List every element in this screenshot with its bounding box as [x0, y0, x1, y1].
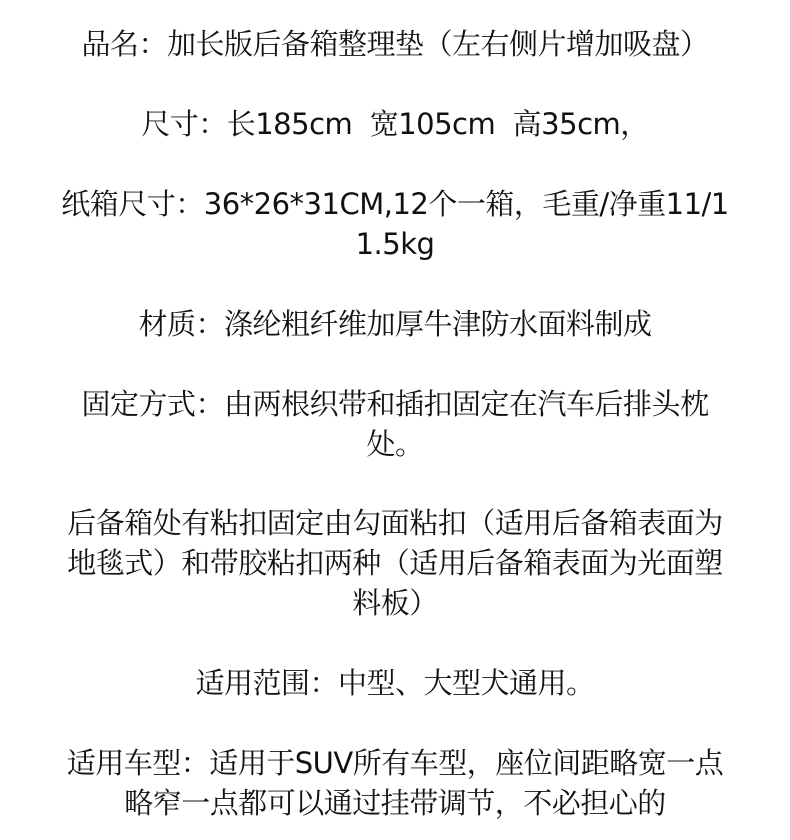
- velcro-paragraph: 后备箱处有粘扣固定由勾面粘扣（适用后备箱表面为 地毯式）和带胶粘扣两种（适用后备…: [22, 503, 768, 623]
- text-line: 适用范围：中型、大型犬通用。: [22, 663, 768, 703]
- text-line: 纸箱尺寸：36*26*31CM,12个一箱，毛重/净重11/1: [22, 184, 768, 224]
- text-line: 固定方式：由两根织带和插扣固定在汽车后排头枕: [22, 384, 768, 424]
- text-line: 适用车型：适用于SUV所有车型，座位间距略宽一点: [22, 743, 768, 783]
- usage-scope-paragraph: 适用范围：中型、大型犬通用。: [22, 663, 768, 703]
- text-line: 处。: [22, 424, 768, 464]
- text-line: 后备箱处有粘扣固定由勾面粘扣（适用后备箱表面为: [22, 503, 768, 543]
- text-line: 材质：涤纶粗纤维加厚牛津防水面料制成: [22, 304, 768, 344]
- text-line: 略窄一点都可以通过挂带调节，不必担心的: [22, 783, 768, 823]
- fixing-method-paragraph: 固定方式：由两根织带和插扣固定在汽车后排头枕 处。: [22, 384, 768, 464]
- text-line: 料板）: [22, 583, 768, 623]
- dimensions-paragraph: 尺寸：长185cm 宽105cm 高35cm，: [22, 104, 768, 144]
- vehicle-compatibility-paragraph: 适用车型：适用于SUV所有车型，座位间距略宽一点 略窄一点都可以通过挂带调节，不…: [22, 743, 768, 823]
- material-paragraph: 材质：涤纶粗纤维加厚牛津防水面料制成: [22, 304, 768, 344]
- text-line: 品名：加长版后备箱整理垫（左右侧片增加吸盘）: [22, 24, 768, 64]
- text-line: 地毯式）和带胶粘扣两种（适用后备箱表面为光面塑: [22, 543, 768, 583]
- text-line: 1.5kg: [22, 224, 768, 264]
- text-line: 尺寸：长185cm 宽105cm 高35cm，: [22, 104, 768, 144]
- product-name-paragraph: 品名：加长版后备箱整理垫（左右侧片增加吸盘）: [22, 24, 768, 64]
- carton-size-paragraph: 纸箱尺寸：36*26*31CM,12个一箱，毛重/净重11/1 1.5kg: [22, 184, 768, 264]
